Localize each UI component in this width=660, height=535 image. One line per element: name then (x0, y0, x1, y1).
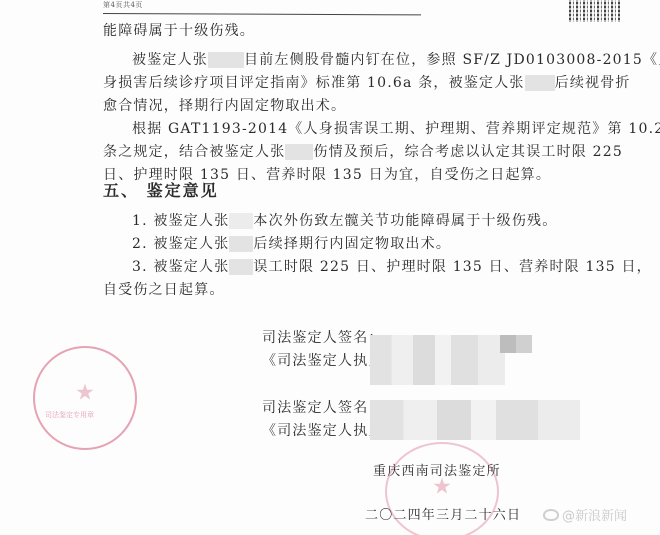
text-fragment: 3. 被鉴定人张 (132, 259, 229, 275)
body-line: 根据 GAT1193-2014《人身损害误工期、护理期、营养期评定规范》第 10… (132, 120, 660, 138)
redacted-name (229, 213, 253, 229)
body-line: 被鉴定人张目前左侧股骨髓内钉在位，参照 SF/Z JD0103008-2015《… (132, 51, 660, 69)
official-seal: ★ 司法鉴定专用章 (33, 346, 137, 450)
opinion-item: 2. 被鉴定人张后续择期行内固定物取出术。 (132, 235, 451, 253)
opinion-item: 1. 被鉴定人张本次外伤致左髋关节功能障碍属于十级伤残。 (132, 212, 557, 230)
body-line: 愈合情况，择期行内固定物取出术。 (103, 97, 346, 115)
signature-label: 司法鉴定人签名： (262, 399, 384, 417)
text-fragment: 2. 被鉴定人张 (132, 236, 229, 252)
body-line: 自受伤之日起算。 (103, 281, 225, 299)
seal-text: 司法鉴定专用章 (45, 410, 94, 420)
header-divider (103, 13, 421, 15)
section-heading: 五、 鉴定意见 (103, 178, 219, 201)
body-line: 条之规定，结合被鉴定人张伤情及预后，综合考虑以认定其误工时限 225 (103, 143, 623, 161)
text-fragment: 被鉴定人张 (132, 52, 208, 68)
text-fragment: 1. 被鉴定人张 (132, 213, 229, 229)
redacted-name (208, 52, 244, 68)
body-line: 身损害后续诊疗项目评定指南》标准第 10.6a 条，被鉴定人张后续视骨折 (103, 74, 631, 92)
body-line: 能障碍属于十级伤残。 (103, 22, 255, 40)
redacted-name (285, 144, 313, 160)
redacted-signature (500, 335, 532, 353)
text-fragment: 后续择期行内固定物取出术。 (253, 236, 451, 252)
text-fragment: 后续视骨折 (555, 75, 631, 91)
redacted-name (229, 236, 253, 252)
redacted-signature (370, 335, 505, 385)
text-fragment: 伤情及预后，综合考虑以认定其误工时限 225 (313, 144, 623, 160)
star-icon: ★ (75, 381, 95, 406)
page-number: 第4页共4页 (103, 0, 143, 10)
weibo-icon (543, 509, 559, 521)
document-page: 第4页共4页 能障碍属于十级伤残。 被鉴定人张目前左侧股骨髓内钉在位，参照 SF… (0, 0, 660, 535)
redacted-name (525, 75, 555, 91)
document-date: 二〇二四年三月二十六日 (365, 507, 521, 525)
license-label: 《司法鉴定人执业 (262, 352, 384, 370)
institution-name: 重庆西南司法鉴定所 (373, 463, 501, 481)
redacted-signature (370, 400, 580, 440)
text-fragment: 误工时限 225 日、护理时限 135 日、营养时限 135 日， (253, 259, 651, 275)
opinion-item: 3. 被鉴定人张误工时限 225 日、护理时限 135 日、营养时限 135 日… (132, 258, 652, 276)
text-fragment: 条之规定，结合被鉴定人张 (103, 144, 285, 160)
qr-code-icon (569, 0, 620, 22)
watermark-text: @新浪新闻 (562, 505, 627, 524)
watermark: @新浪新闻 (543, 505, 627, 524)
text-fragment: 身损害后续诊疗项目评定指南》标准第 10.6a 条，被鉴定人张 (103, 75, 525, 91)
text-fragment: 本次外伤致左髋关节功能障碍属于十级伤残。 (253, 213, 557, 229)
redacted-name (229, 259, 253, 275)
text-fragment: 目前左侧股骨髓内钉在位，参照 SF/Z JD0103008-2015《人 (244, 52, 660, 68)
signature-label: 司法鉴定人签名： (262, 329, 384, 347)
